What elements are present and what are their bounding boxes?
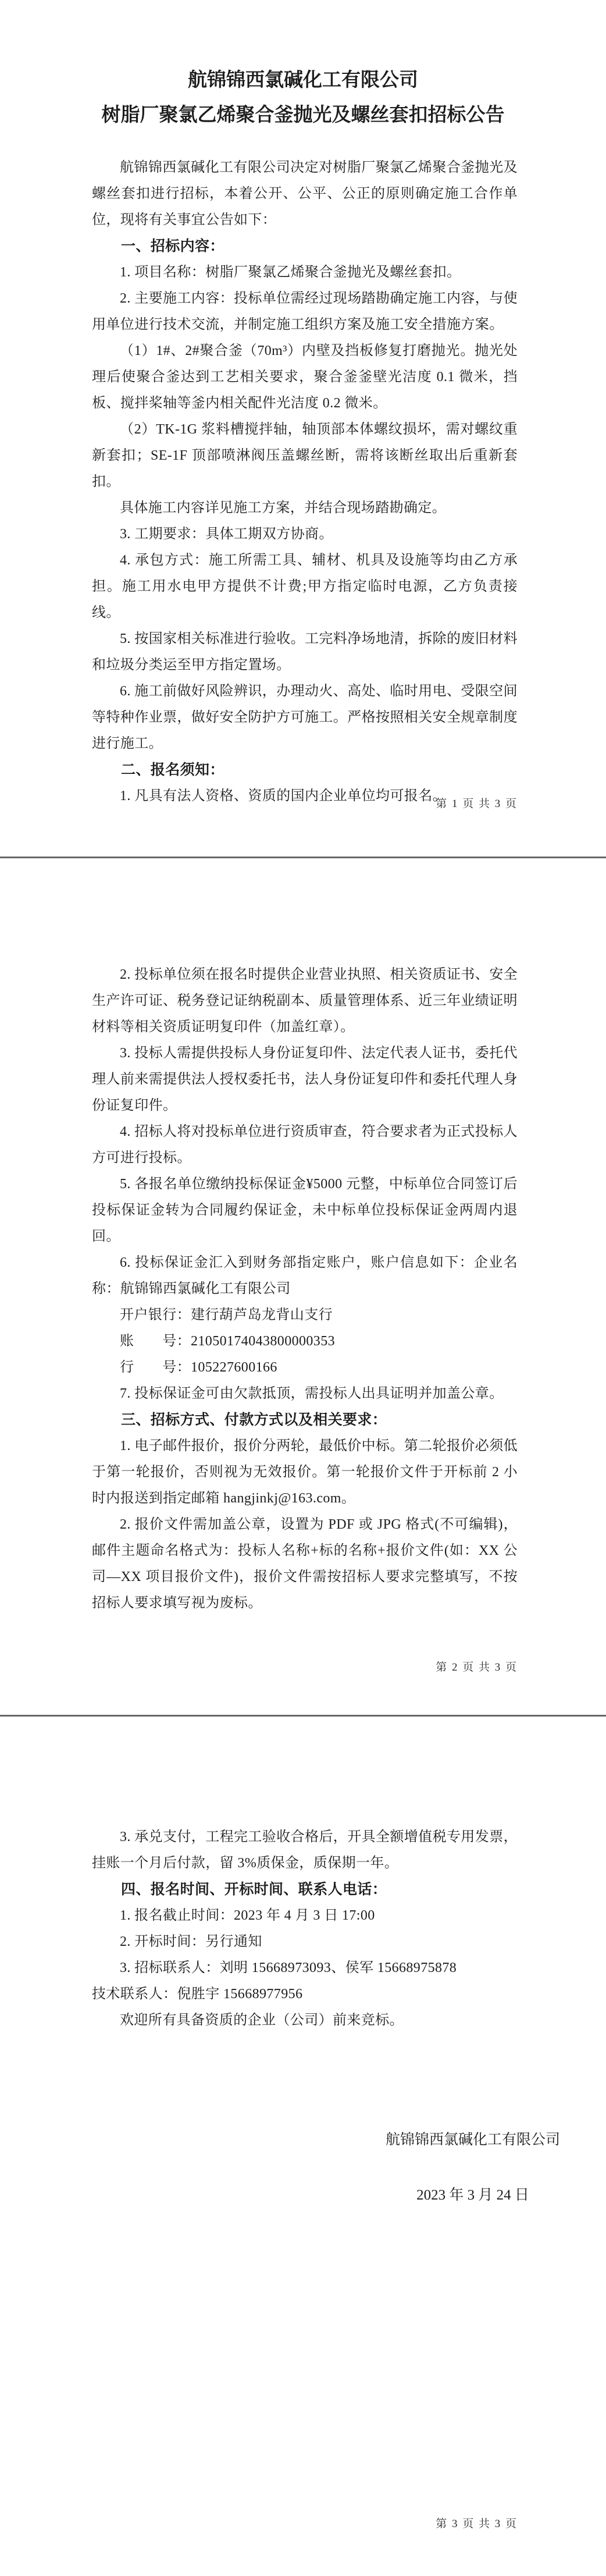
paragraph: 1. 电子邮件报价，报价分两轮，最低价中标。第二轮报价必须低于第一轮报价，否则视… [92, 1433, 518, 1512]
paragraph: 3. 招标联系人：刘明 15668973093、侯军 15668975878 [92, 1955, 518, 1981]
paragraph: 账 号：21050174043800000353 [92, 1328, 518, 1355]
paragraph: 2. 主要施工内容：投标单位需经过现场踏勘确定施工内容，与使用单位进行技术交流，… [92, 286, 518, 338]
paragraph: 3. 投标人需提供投标人身份证复印件、法定代表人证书，委托代理人前来需提供法人授… [92, 1040, 518, 1119]
page-3: 3. 承兑支付，工程完工验收合格后，开具全额增值税专用发票，挂账一个月后付款，留… [0, 1717, 606, 2576]
signature-company: 航锦锦西氯碱化工有限公司 [386, 2131, 560, 2149]
paragraph: 具体施工内容详见施工方案，并结合现场踏勘确定。 [92, 495, 518, 521]
paragraph: 2. 开标时间：另行通知 [92, 1929, 518, 1955]
paragraph: 开户银行：建行葫芦岛龙背山支行 [92, 1302, 518, 1328]
paragraph: 3. 承兑支付，工程完工验收合格后，开具全额增值税专用发票，挂账一个月后付款，留… [92, 1824, 518, 1877]
paragraph: （2）TK-1G 浆料槽搅拌轴，轴顶部本体螺纹损坏，需对螺纹重新套扣；SE-1F… [92, 417, 518, 495]
page-2: 2. 投标单位须在报名时提供企业营业执照、相关资质证书、安全生产许可证、税务登记… [0, 858, 606, 1715]
paragraph: 2. 投标单位须在报名时提供企业营业执照、相关资质证书、安全生产许可证、税务登记… [92, 962, 518, 1040]
signature-date: 2023 年 3 月 24 日 [386, 2187, 560, 2204]
paragraph: 一、招标内容： [92, 233, 518, 260]
paragraph: （1）1#、2#聚合釜（70m³）内壁及挡板修复打磨抛光。抛光处理后使聚合釜达到… [92, 338, 518, 417]
page-title: 航锦锦西氯碱化工有限公司 [0, 0, 606, 93]
paragraph: 行 号：105227600166 [92, 1355, 518, 1381]
page-number: 第 2 页 共 3 页 [436, 1658, 518, 1674]
document: 航锦锦西氯碱化工有限公司 树脂厂聚氯乙烯聚合釜抛光及螺丝套扣招标公告 航锦锦西氯… [0, 0, 606, 2576]
paragraph: 6. 投标保证金汇入到财务部指定账户，账户信息如下：企业名称：航锦锦西氯碱化工有… [92, 1250, 518, 1302]
paragraph: 2. 报价文件需加盖公章，设置为 PDF 或 JPG 格式(不可编辑)，邮件主题… [92, 1512, 518, 1616]
paragraph: 1. 项目名称：树脂厂聚氯乙烯聚合釜抛光及螺丝套扣。 [92, 260, 518, 286]
page-1: 航锦锦西氯碱化工有限公司 树脂厂聚氯乙烯聚合釜抛光及螺丝套扣招标公告 航锦锦西氯… [0, 0, 606, 857]
page-number: 第 3 页 共 3 页 [436, 2515, 518, 2531]
page-1-body: 航锦锦西氯碱化工有限公司决定对树脂厂聚氯乙烯聚合釜抛光及螺丝套扣进行招标，本着公… [92, 128, 518, 809]
paragraph: 3. 工期要求：具体工期双方协商。 [92, 521, 518, 548]
page-subtitle: 树脂厂聚氯乙烯聚合釜抛光及螺丝套扣招标公告 [0, 102, 606, 128]
paragraph: 7. 投标保证金可由欠款抵顶，需投标人出具证明并加盖公章。 [92, 1381, 518, 1407]
paragraph: 三、招标方式、付款方式以及相关要求： [92, 1407, 518, 1433]
paragraph: 6. 施工前做好风险辨识，办理动火、高处、临时用电、受限空间等特种作业票，做好安… [92, 678, 518, 757]
paragraph: 4. 招标人将对投标单位进行资质审查，符合要求者为正式投标人方可进行投标。 [92, 1119, 518, 1171]
paragraph: 航锦锦西氯碱化工有限公司决定对树脂厂聚氯乙烯聚合釜抛光及螺丝套扣进行招标，本着公… [92, 155, 518, 233]
paragraph: 二、报名须知： [92, 757, 518, 783]
paragraph: 欢迎所有具备资质的企业（公司）前来竞标。 [92, 2007, 518, 2034]
paragraph: 四、报名时间、开标时间、联系人电话： [92, 1877, 518, 1903]
paragraph: 5. 各报名单位缴纳投标保证金¥5000 元整，中标单位合同签订后投标保证金转为… [92, 1171, 518, 1250]
page-2-body: 2. 投标单位须在报名时提供企业营业执照、相关资质证书、安全生产许可证、税务登记… [92, 858, 518, 1616]
paragraph: 4. 承包方式：施工所需工具、辅材、机具及设施等均由乙方承担。施工用水电甲方提供… [92, 548, 518, 626]
paragraph: 技术联系人：倪胜宇 15668977956 [92, 1981, 518, 2007]
page-3-body: 3. 承兑支付，工程完工验收合格后，开具全额增值税专用发票，挂账一个月后付款，留… [92, 1717, 518, 2034]
paragraph: 5. 按国家相关标准进行验收。工完料净场地清，拆除的废旧材料和垃圾分类运至甲方指… [92, 626, 518, 678]
paragraph: 1. 报名截止时间：2023 年 4 月 3 日 17:00 [92, 1903, 518, 1929]
signature-block: 航锦锦西氯碱化工有限公司 2023 年 3 月 24 日 [386, 2131, 560, 2204]
page-number: 第 1 页 共 3 页 [436, 795, 518, 811]
